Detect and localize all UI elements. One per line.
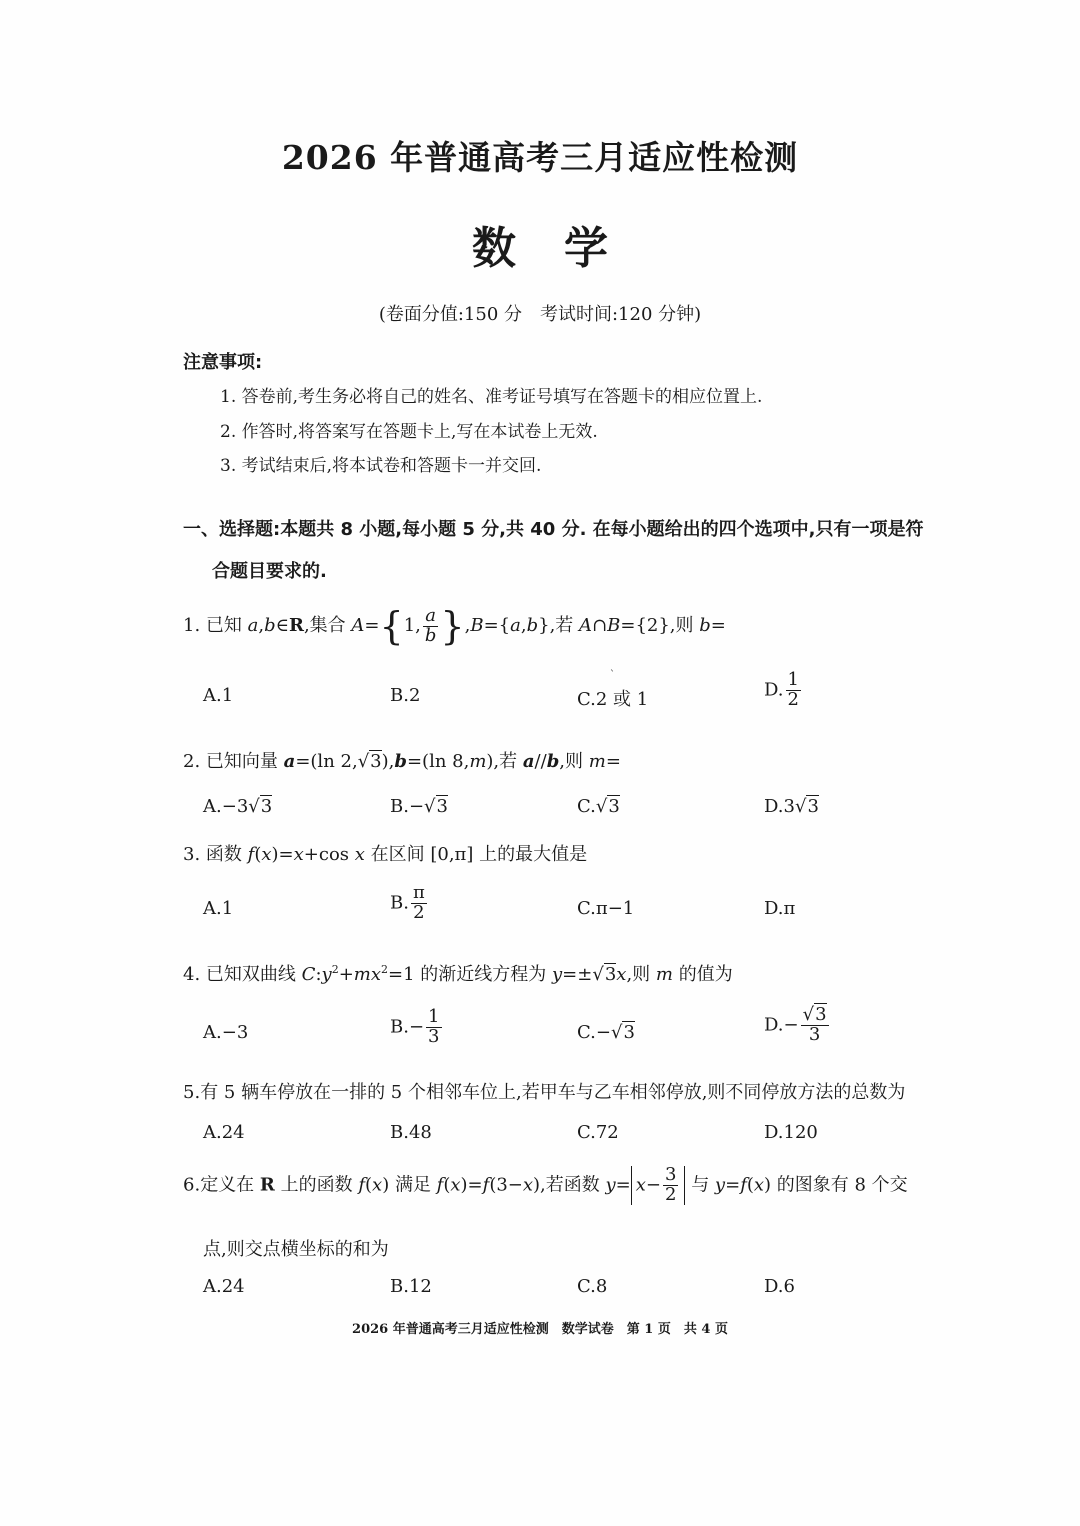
- question-4: 4. 已知双曲线 C:y2+mx2=1 的渐近线方程为 y=±√3x,则 m 的…: [183, 960, 733, 986]
- question-5: 5.有 5 辆车停放在一排的 5 个相邻车位上,若甲车与乙车相邻停放,则不同停放…: [183, 1078, 905, 1104]
- q3-option-a: A.1: [203, 898, 233, 919]
- q6-option-a: A.24: [203, 1276, 245, 1297]
- page-footer: 2026 年普通高考三月适应性检测 数学试卷 第 1 页 共 4 页: [0, 1318, 1080, 1337]
- absolute-value: x−32: [631, 1166, 686, 1205]
- q5-option-b: B.48: [390, 1122, 432, 1143]
- notice-item-2: 2. 作答时,将答案写在答题卡上,写在本试卷上无效.: [220, 417, 598, 442]
- exam-meta: (卷面分值:150 分 考试时间:120 分钟): [0, 300, 1080, 326]
- q4-option-b: B.−13: [390, 1008, 444, 1047]
- q2-option-d: D.3√3: [764, 796, 819, 817]
- q6-option-b: B.12: [390, 1276, 432, 1297]
- q2-option-c: C.√3: [577, 796, 620, 817]
- subject-title: 数学: [0, 212, 1080, 276]
- q3-option-c: C.π−1: [577, 898, 634, 919]
- q3-option-b: B.π2: [390, 884, 429, 923]
- q5-option-d: D.120: [764, 1122, 818, 1143]
- q3-option-d: D.π: [764, 898, 795, 919]
- question-2: 2. 已知向量 a=(ln 2,√3),b=(ln 8,m),若 a//b,则 …: [183, 747, 621, 773]
- q4-option-d: D.−√33: [764, 1006, 831, 1045]
- section-heading-line1: 一、选择题:本题共 8 小题,每小题 5 分,共 40 分. 在每小题给出的四个…: [183, 515, 924, 541]
- q4-option-a: A.−3: [203, 1022, 248, 1043]
- q6-option-c: C.8: [577, 1276, 607, 1297]
- subject-char-1: 数: [472, 223, 516, 274]
- q4-option-c: C.−√3: [577, 1022, 635, 1043]
- q1-option-d: D.12: [764, 671, 803, 710]
- q6-option-d: D.6: [764, 1276, 795, 1297]
- subject-char-2: 学: [564, 223, 608, 274]
- fraction-a-over-b: ab: [423, 607, 439, 646]
- q1-option-b: B.2: [390, 685, 420, 706]
- notice-heading: 注意事项:: [183, 348, 262, 374]
- q1-option-c: C.2 或 1: [577, 685, 648, 711]
- q1-option-a: A.1: [203, 685, 233, 706]
- q2-option-b: B.−√3: [390, 796, 448, 817]
- exam-title: 2026 年普通高考三月适应性检测: [0, 132, 1080, 179]
- stray-mark: ˋ: [610, 670, 615, 681]
- q5-option-c: C.72: [577, 1122, 619, 1143]
- question-1: 1. 已知 a,b∈R,集合 A={1,ab},B={a,b},若 A∩B={2…: [183, 604, 726, 648]
- q5-option-a: A.24: [203, 1122, 245, 1143]
- notice-item-1: 1. 答卷前,考生务必将自己的姓名、准考证号填写在答题卡的相应位置上.: [220, 382, 762, 407]
- notice-item-3: 3. 考试结束后,将本试卷和答题卡一并交回.: [220, 451, 541, 476]
- question-3: 3. 函数 f(x)=x+cos x 在区间 [0,π] 上的最大值是: [183, 840, 587, 866]
- question-6-line2: 点,则交点横坐标的和为: [203, 1235, 389, 1261]
- section-heading-line2: 合题目要求的.: [212, 557, 327, 583]
- question-6: 6.定义在 R 上的函数 f(x) 满足 f(x)=f(3−x),若函数 y=x…: [183, 1166, 908, 1205]
- q2-option-a: A.−3√3: [203, 796, 272, 817]
